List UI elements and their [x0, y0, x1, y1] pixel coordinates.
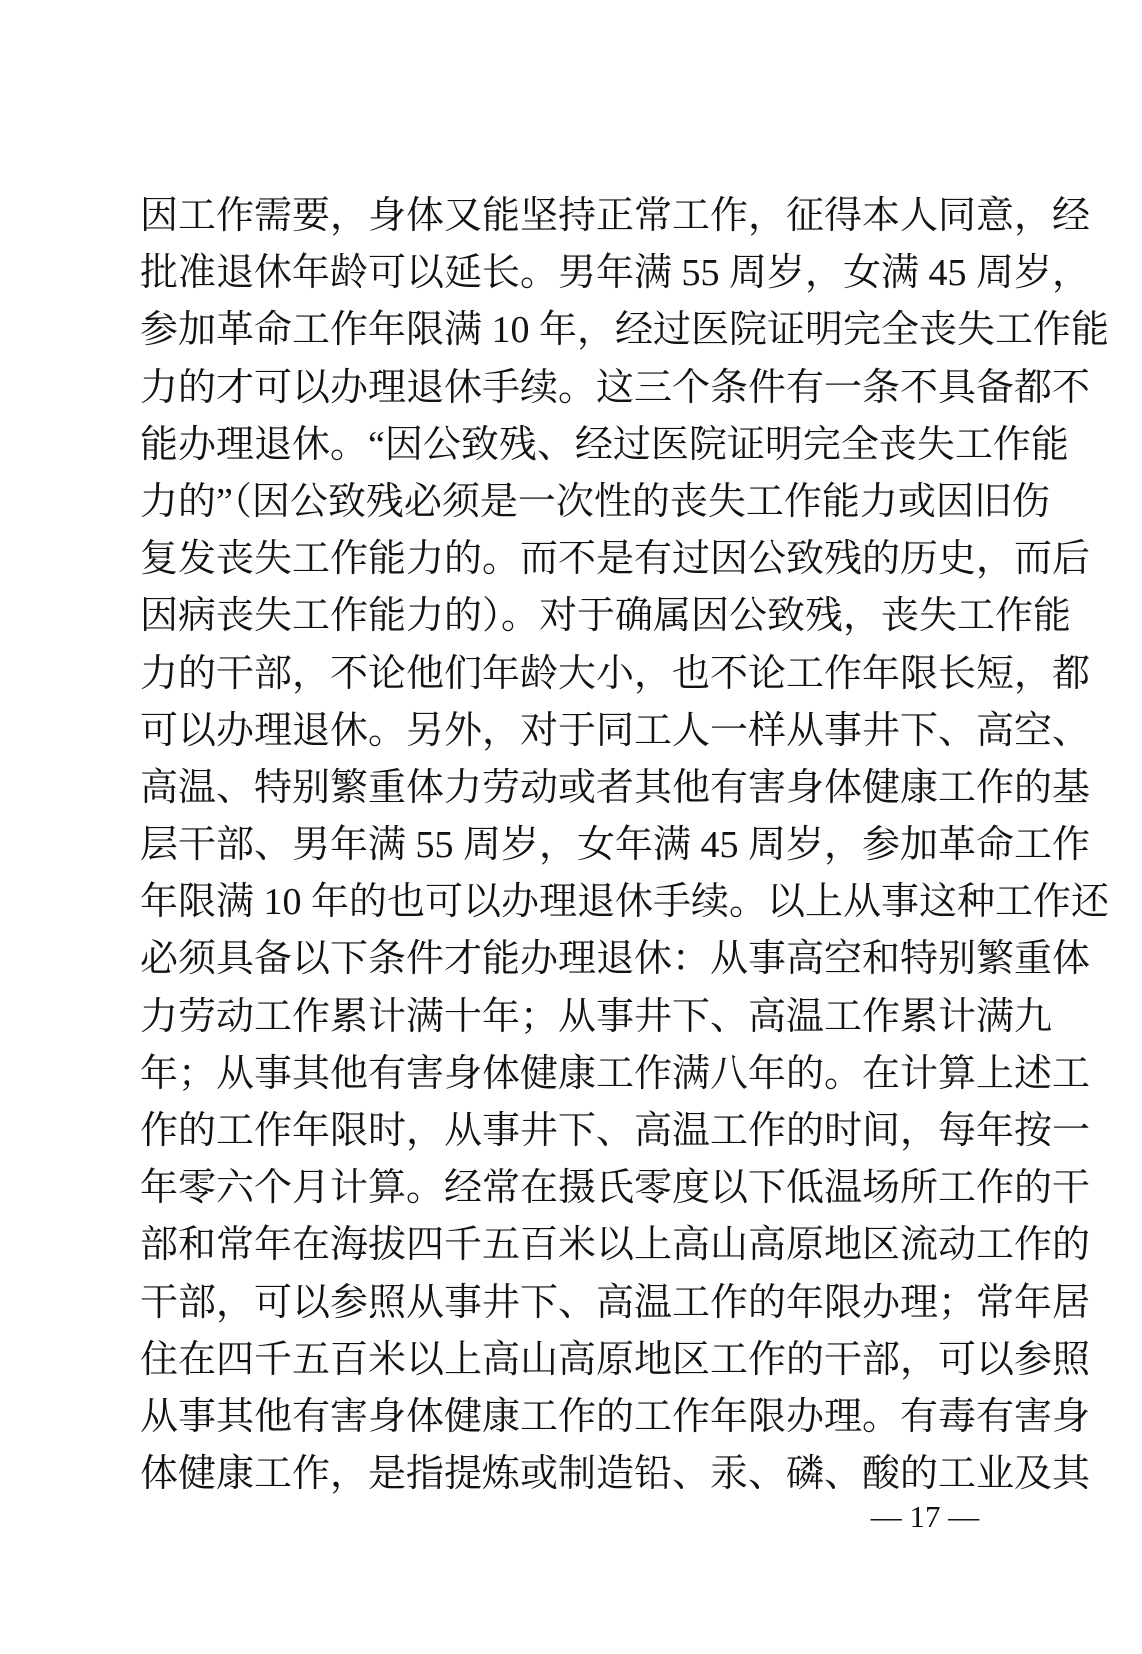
text-line: 必须具备以下条件才能办理退休：从事高空和特别繁重体: [140, 931, 1010, 988]
text-line: 从事其他有害身体健康工作的工作年限办理。有毒有害身: [140, 1389, 1010, 1446]
text-line: 高温、特别繁重体力劳动或者其他有害身体健康工作的基: [140, 760, 1010, 817]
document-page: 因工作需要，身体又能坚持正常工作，征得本人同意，经 批准退休年龄可以延长。男年满…: [0, 0, 1142, 1654]
text-line: 住在四千五百米以上高山高原地区工作的干部，可以参照: [140, 1332, 1010, 1389]
text-line: 可以办理退休。另外，对于同工人一样从事井下、高空、: [140, 703, 1010, 760]
text-line: 因工作需要，身体又能坚持正常工作，征得本人同意，经: [140, 188, 1010, 245]
text-line: 作的工作年限时，从事井下、高温工作的时间，每年按一: [140, 1103, 1010, 1160]
text-line: 因病丧失工作能力的）。对于确属因公致残，丧失工作能: [140, 588, 1010, 645]
text-line: 参加革命工作年限满 10 年，经过医院证明完全丧失工作能: [140, 302, 1010, 359]
page-number: — 17 —: [860, 1498, 990, 1536]
text-line: 年限满 10 年的也可以办理退休手续。以上从事这种工作还: [140, 874, 1010, 931]
text-line: 力的”（因公致残必须是一次性的丧失工作能力或因旧伤: [140, 474, 1010, 531]
text-line: 批准退休年龄可以延长。男年满 55 周岁，女满 45 周岁，: [140, 245, 1010, 302]
text-line: 能办理退休。“因公致残、经过医院证明完全丧失工作能: [140, 417, 1010, 474]
text-line: 复发丧失工作能力的。而不是有过因公致残的历史，而后: [140, 531, 1010, 588]
text-line: 干部，可以参照从事井下、高温工作的年限办理；常年居: [140, 1275, 1010, 1332]
text-line: 体健康工作，是指提炼或制造铅、汞、磷、酸的工业及其: [140, 1446, 1010, 1503]
text-line: 层干部、男年满 55 周岁，女年满 45 周岁，参加革命工作: [140, 817, 1010, 874]
text-line: 年；从事其他有害身体健康工作满八年的。在计算上述工: [140, 1046, 1010, 1103]
body-text: 因工作需要，身体又能坚持正常工作，征得本人同意，经 批准退休年龄可以延长。男年满…: [140, 188, 1010, 1503]
text-line: 力的干部，不论他们年龄大小，也不论工作年限长短，都: [140, 646, 1010, 703]
text-line: 年零六个月计算。经常在摄氏零度以下低温场所工作的干: [140, 1160, 1010, 1217]
text-line: 力的才可以办理退休手续。这三个条件有一条不具备都不: [140, 360, 1010, 417]
text-line: 部和常年在海拔四千五百米以上高山高原地区流动工作的: [140, 1217, 1010, 1274]
text-line: 力劳动工作累计满十年；从事井下、高温工作累计满九: [140, 989, 1010, 1046]
